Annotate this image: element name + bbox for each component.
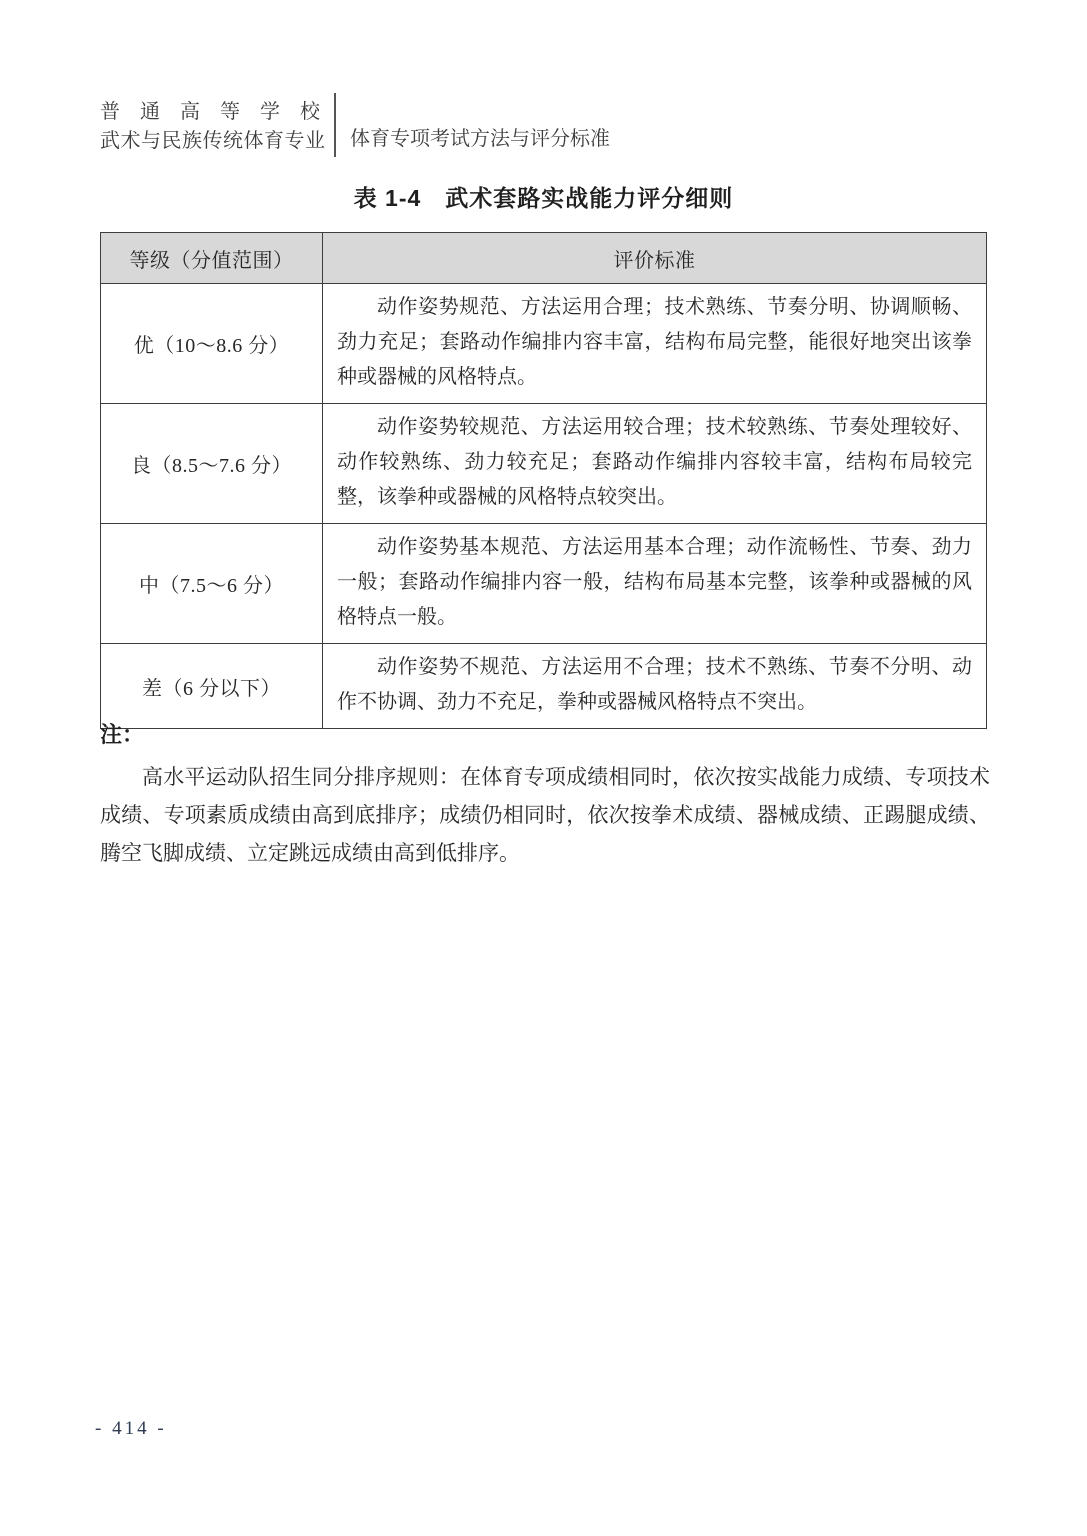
running-head-line2: 武术与民族传统体育专业 — [100, 124, 322, 153]
grade-cell: 差（6 分以下） — [101, 644, 323, 729]
table-row: 中（7.5〜6 分） 动作姿势基本规范、方法运用基本合理；动作流畅性、节奏、劲力… — [101, 524, 987, 644]
criteria-text: 动作姿势规范、方法运用合理；技术熟练、节奏分明、协调顺畅、劲力充足；套路动作编排… — [337, 290, 972, 395]
table-title: 表 1-4 武术套路实战能力评分细则 — [0, 180, 1087, 213]
page-number: - 414 - — [95, 1418, 167, 1440]
criteria-cell: 动作姿势较规范、方法运用较合理；技术较熟练、节奏处理较好、动作较熟练、劲力较充足… — [323, 404, 987, 524]
running-head-right: 体育专项考试方法与评分标准 — [350, 122, 610, 157]
criteria-text: 动作姿势基本规范、方法运用基本合理；动作流畅性、节奏、劲力一般；套路动作编排内容… — [337, 530, 972, 635]
running-head-left: 普通高等学校 武术与民族传统体育专业 — [100, 93, 322, 157]
note-paragraph: 高水平运动队招生同分排序规则：在体育专项成绩相同时，依次按实战能力成绩、专项技术… — [100, 758, 990, 872]
running-head: 普通高等学校 武术与民族传统体育专业 体育专项考试方法与评分标准 — [100, 93, 610, 157]
running-head-divider — [334, 93, 336, 157]
criteria-cell: 动作姿势不规范、方法运用不合理；技术不熟练、节奏不分明、动作不协调、劲力不充足，… — [323, 644, 987, 729]
document-page: 普通高等学校 武术与民族传统体育专业 体育专项考试方法与评分标准 表 1-4 武… — [0, 0, 1087, 1536]
criteria-text: 动作姿势较规范、方法运用较合理；技术较熟练、节奏处理较好、动作较熟练、劲力较充足… — [337, 410, 972, 515]
note-label: 注： — [100, 718, 144, 749]
criteria-cell: 动作姿势基本规范、方法运用基本合理；动作流畅性、节奏、劲力一般；套路动作编排内容… — [323, 524, 987, 644]
score-table: 等级（分值范围） 评价标准 优（10〜8.6 分） 动作姿势规范、方法运用合理；… — [100, 232, 987, 729]
grade-cell: 优（10〜8.6 分） — [101, 284, 323, 404]
grade-cell: 良（8.5〜7.6 分） — [101, 404, 323, 524]
column-header-grade: 等级（分值范围） — [101, 233, 323, 284]
table-header-row: 等级（分值范围） 评价标准 — [101, 233, 987, 284]
column-header-criteria: 评价标准 — [323, 233, 987, 284]
table-row: 差（6 分以下） 动作姿势不规范、方法运用不合理；技术不熟练、节奏不分明、动作不… — [101, 644, 987, 729]
table-row: 良（8.5〜7.6 分） 动作姿势较规范、方法运用较合理；技术较熟练、节奏处理较… — [101, 404, 987, 524]
grade-cell: 中（7.5〜6 分） — [101, 524, 323, 644]
running-head-line1: 普通高等学校 — [100, 95, 342, 124]
table-row: 优（10〜8.6 分） 动作姿势规范、方法运用合理；技术熟练、节奏分明、协调顺畅… — [101, 284, 987, 404]
criteria-cell: 动作姿势规范、方法运用合理；技术熟练、节奏分明、协调顺畅、劲力充足；套路动作编排… — [323, 284, 987, 404]
criteria-text: 动作姿势不规范、方法运用不合理；技术不熟练、节奏不分明、动作不协调、劲力不充足，… — [337, 650, 972, 720]
